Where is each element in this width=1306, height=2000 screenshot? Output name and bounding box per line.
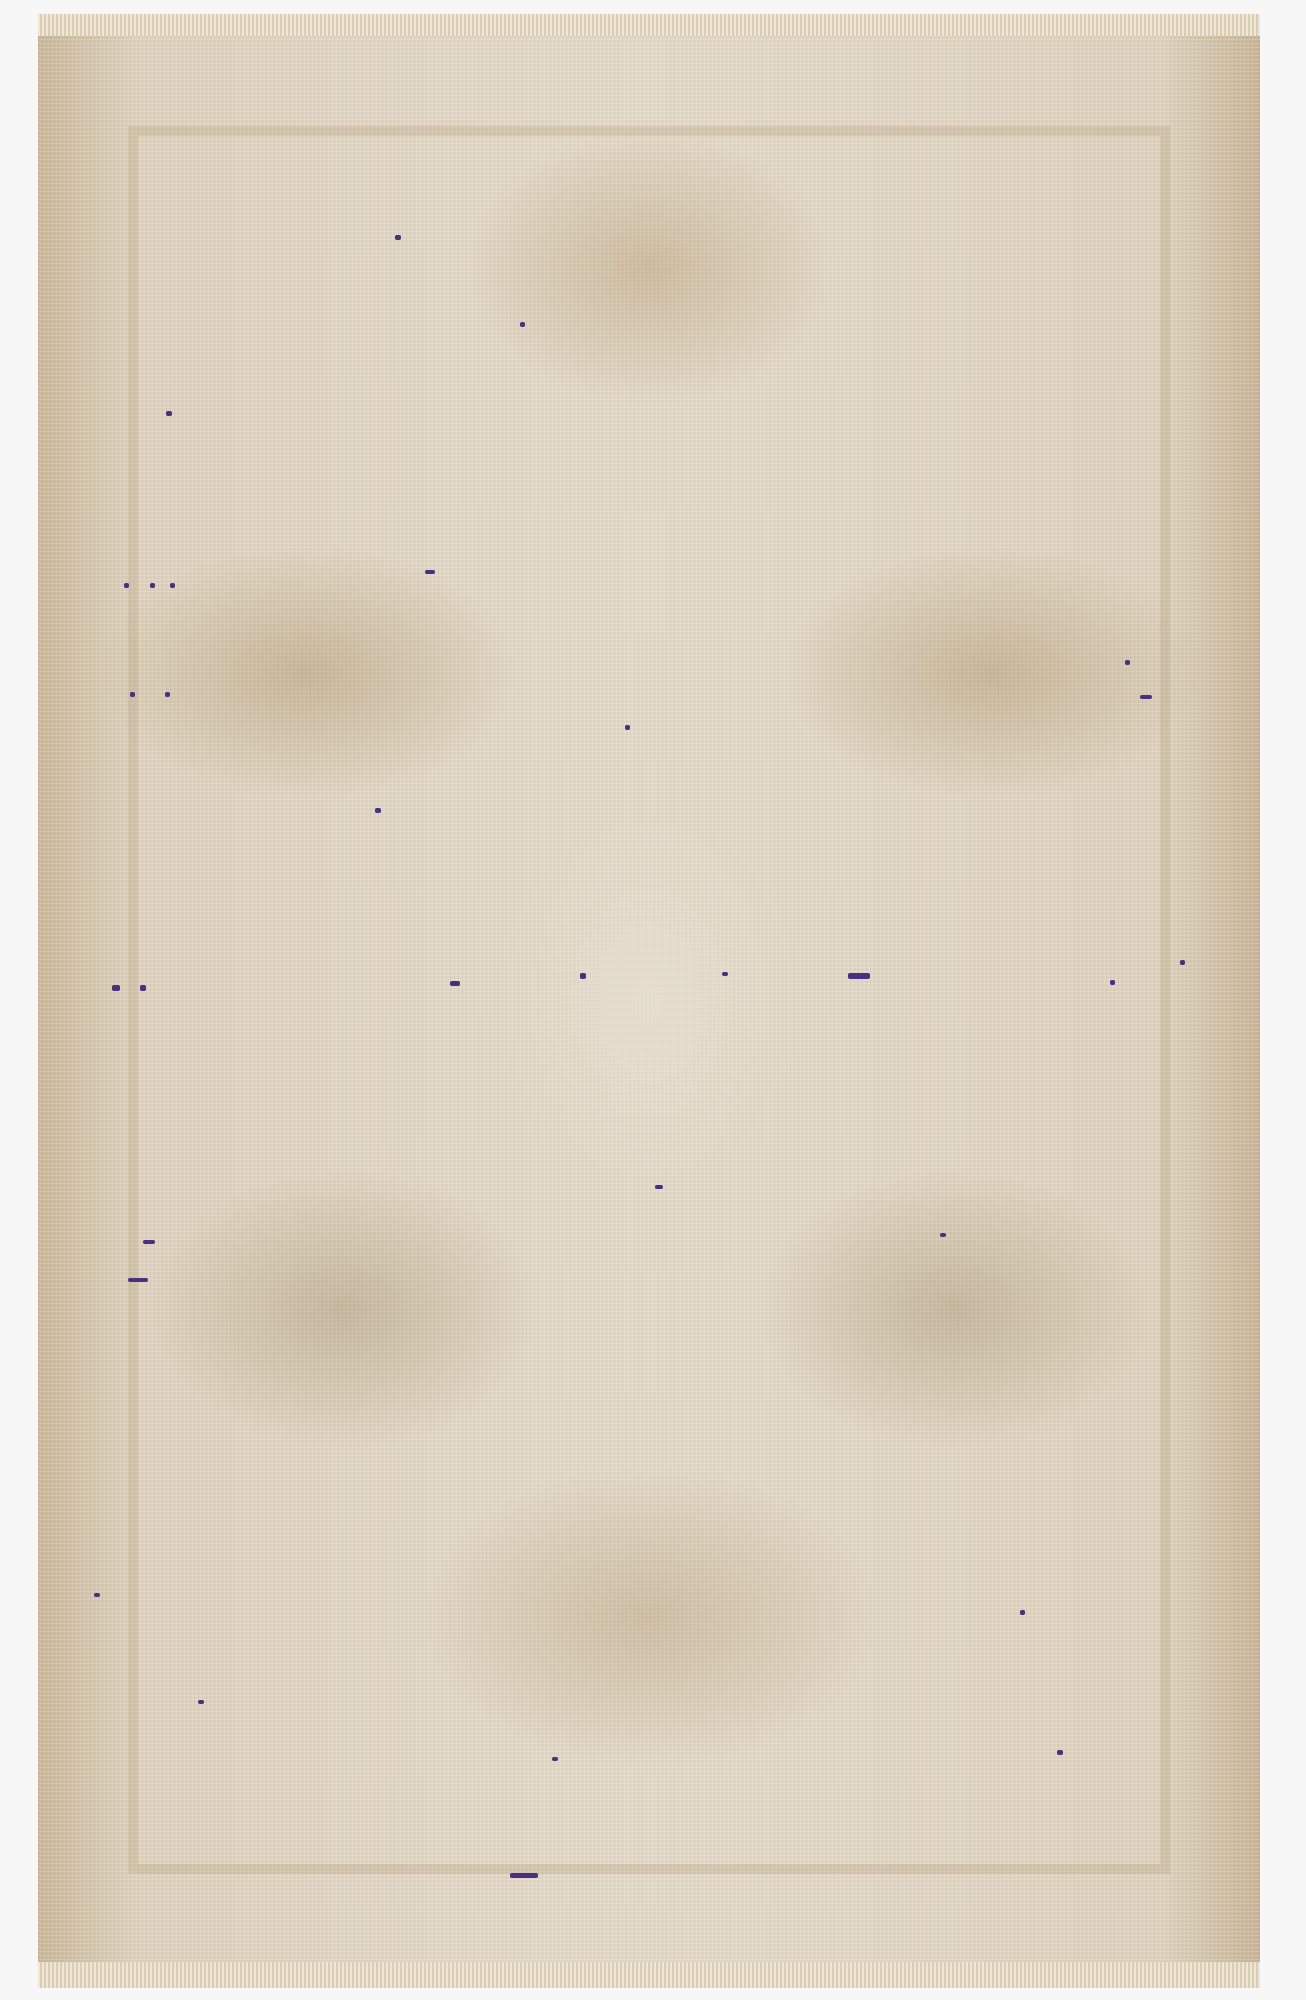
accent-dot	[1057, 1750, 1063, 1755]
accent-dot	[625, 725, 630, 730]
accent-dot	[450, 981, 460, 986]
accent-dot	[1020, 1610, 1025, 1615]
accent-dot	[510, 1873, 538, 1878]
accent-dot	[375, 808, 381, 813]
accent-dot	[395, 235, 401, 240]
accent-dot	[1110, 980, 1115, 985]
accent-dot	[520, 322, 525, 327]
accent-dot	[1125, 660, 1130, 665]
accent-dot	[848, 973, 870, 979]
accent-dot	[165, 692, 170, 697]
accent-dot	[198, 1700, 204, 1704]
accent-dot	[722, 972, 728, 976]
accent-dot	[170, 583, 175, 588]
accent-dot	[94, 1593, 100, 1597]
accent-dot	[552, 1757, 558, 1761]
accent-dot	[143, 1240, 155, 1244]
accent-dot	[130, 692, 135, 697]
bottom-fringe	[38, 1962, 1260, 1988]
accent-dot	[1140, 695, 1152, 699]
accent-dot	[655, 1185, 663, 1189]
accent-dot	[166, 411, 172, 416]
accent-dot	[1180, 960, 1185, 965]
accent-dot	[940, 1233, 946, 1237]
accent-dot	[112, 985, 120, 991]
accent-dot	[124, 583, 129, 588]
accent-dot	[150, 583, 155, 588]
accent-dot	[580, 973, 586, 979]
accent-dot	[128, 1278, 148, 1282]
accent-dot	[140, 985, 146, 991]
rug	[38, 36, 1260, 1964]
rug-border	[128, 126, 1170, 1874]
accent-dot	[425, 570, 435, 574]
